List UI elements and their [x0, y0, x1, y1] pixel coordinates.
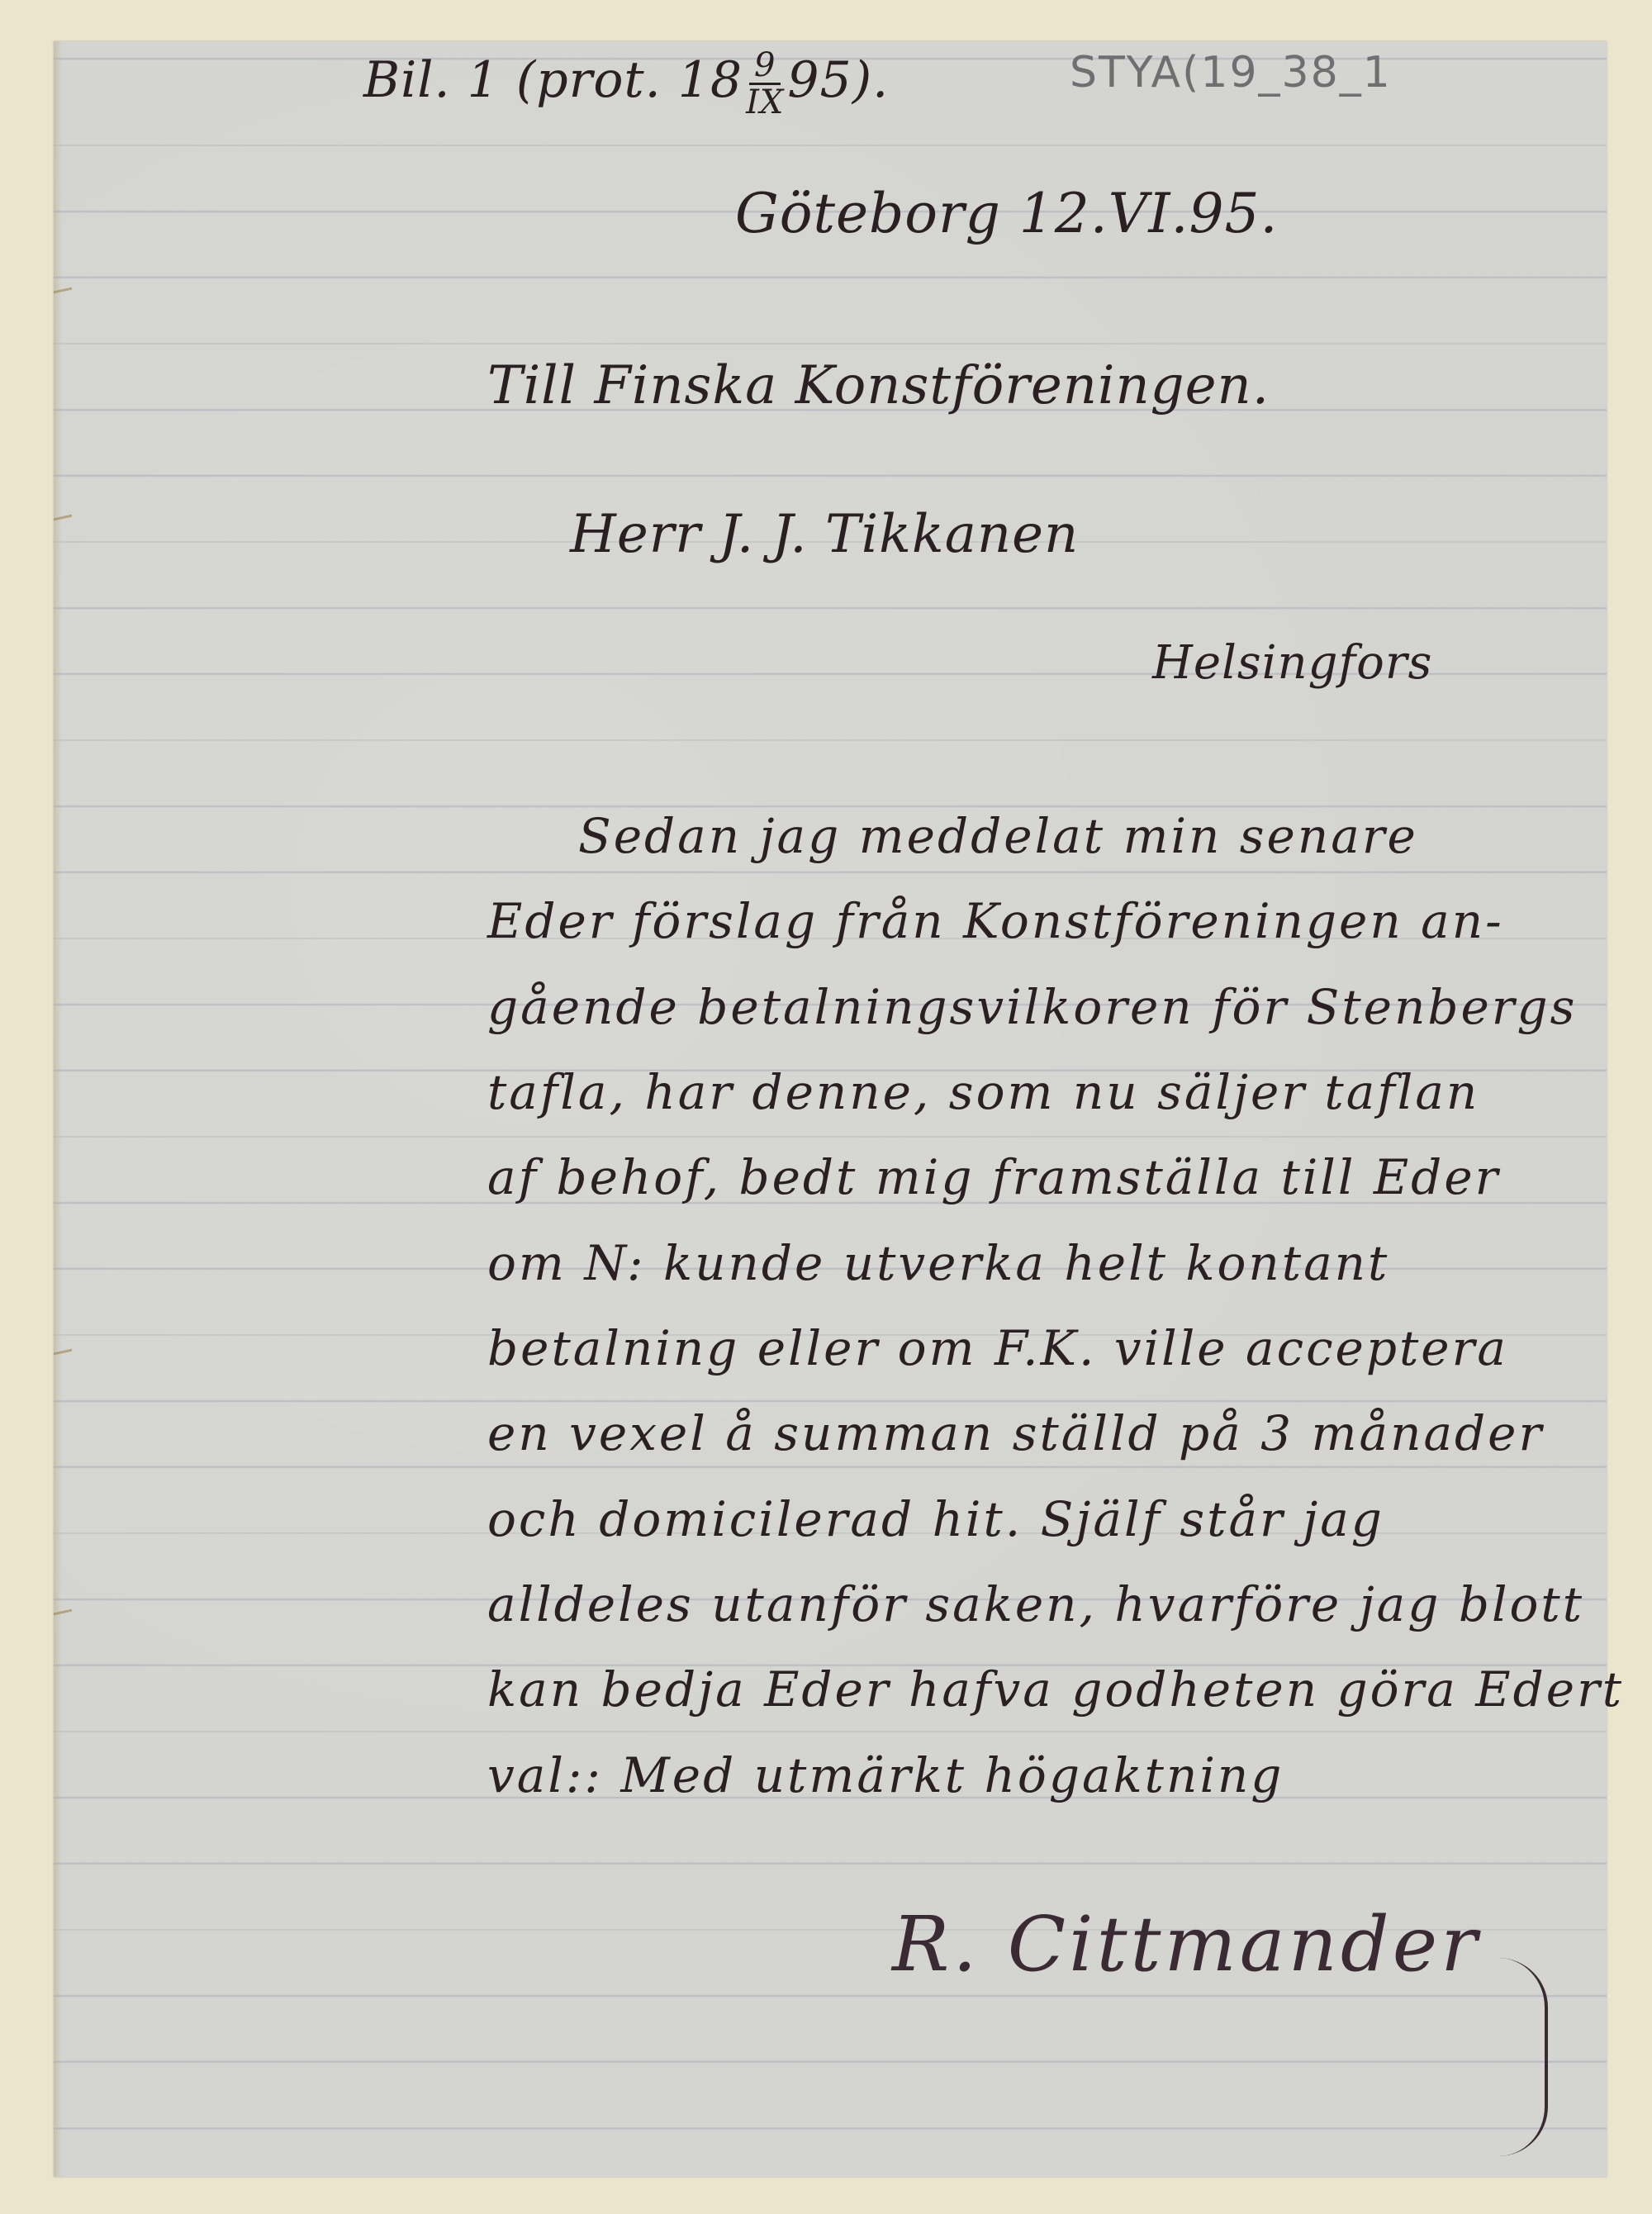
signature-flourish — [1470, 1958, 1548, 2156]
punch-hole-mark — [54, 515, 72, 530]
fraction-denominator: IX — [746, 85, 784, 120]
enclosure-note: Bil. 1 (prot. 189IX95). — [363, 48, 889, 120]
fraction-numerator: 9 — [749, 48, 781, 85]
body-line: Eder förslag från Konstföreningen an- — [487, 893, 1504, 949]
body-line: Sedan jag meddelat min senare — [578, 808, 1418, 864]
body-line: betalning eller om F.K. ville acceptera — [487, 1320, 1508, 1376]
place-date: Göteborg 12.VI.95. — [735, 182, 1278, 245]
body-line: gående betalningsvilkoren för Stenbergs — [487, 979, 1577, 1035]
punch-hole-mark — [54, 1349, 72, 1364]
archive-code: STYA(19_38_1 — [1070, 48, 1392, 97]
body-line: tafla, har denne, som nu säljer taflan — [487, 1064, 1479, 1120]
body-line: om N: kunde utverka helt kontant — [487, 1235, 1389, 1291]
punch-hole-mark — [54, 287, 72, 302]
punch-hole-mark — [54, 1609, 72, 1624]
addressee-name: Herr J. J. Tikkanen — [570, 504, 1079, 565]
enclosure-note-fraction: 9IX — [746, 48, 784, 120]
addressee-organisation: Till Finska Konstföreningen. — [487, 355, 1270, 416]
addressee-city: Helsingfors — [1152, 636, 1432, 690]
enclosure-note-suffix: 95). — [787, 51, 889, 109]
body-line: en vexel å summan ställd på 3 månader — [487, 1405, 1544, 1461]
signature: R. Cittmander — [892, 1900, 1480, 1988]
body-line: val:: Med utmärkt högaktning — [487, 1747, 1284, 1803]
body-line: alldeles utanför saken, hvarföre jag blo… — [487, 1576, 1584, 1632]
body-line: och domicilerad hit. Själf står jag — [487, 1491, 1384, 1547]
enclosure-note-prefix: Bil. 1 (prot. 18 — [363, 51, 743, 109]
body-line: af behof, bedt mig framställa till Eder — [487, 1149, 1500, 1205]
body-line: kan bedja Eder hafva godheten göra Edert — [487, 1661, 1624, 1718]
